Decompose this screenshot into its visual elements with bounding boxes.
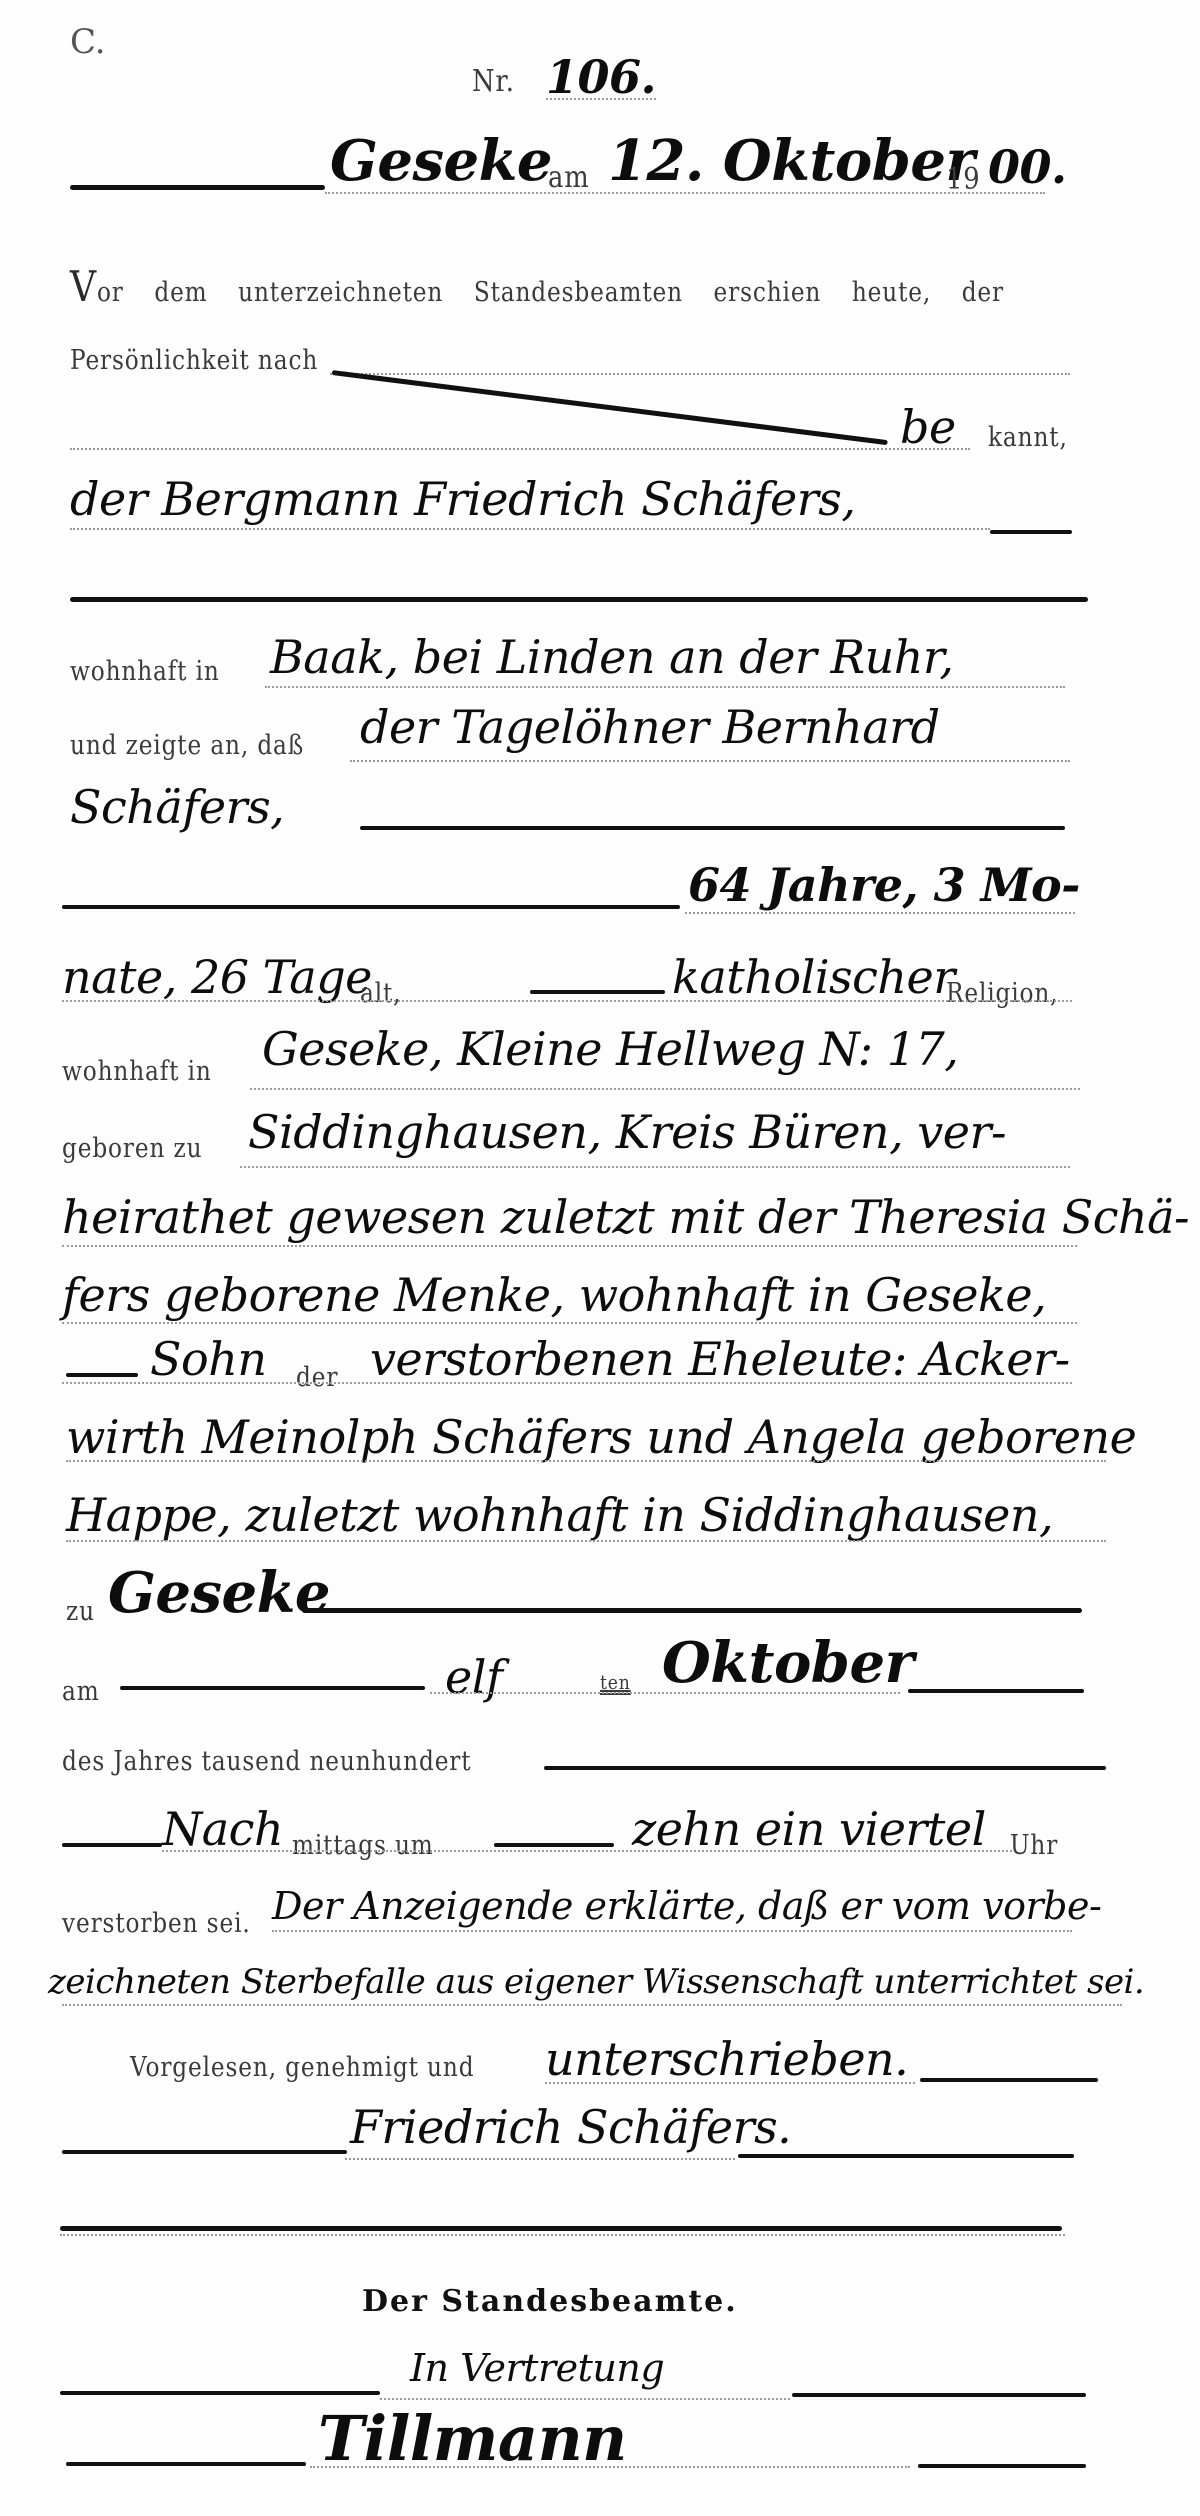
informant-sig-dotline (345, 2158, 735, 2160)
death-year-fill-bar (544, 1766, 1106, 1770)
informant-sig-fill-2 (738, 2154, 1074, 2158)
blank-line-bar (70, 597, 1088, 602)
declaration-2: zeichneten Sterbefalle aus eigener Wisse… (48, 1962, 1144, 2002)
closing-bar (60, 2226, 1062, 2231)
informant-sig-fill-1 (62, 2150, 347, 2154)
death-date-fill-bar-1 (120, 1686, 425, 1690)
age-label: alt, (360, 978, 401, 1009)
strike-line (332, 370, 888, 445)
place-fill-bar (70, 185, 325, 190)
deceased-name-1: der Tagelöhner Bernhard (360, 700, 940, 754)
time-dotline (162, 1850, 1012, 1852)
parents-1: verstorbenen Eheleute: Acker- (370, 1332, 1070, 1386)
declaration-dotline-1 (272, 1930, 1072, 1932)
parents-dotline-3 (66, 1540, 1106, 1542)
death-day: elf (445, 1650, 502, 1704)
date-dotline (325, 192, 1045, 194)
time-fill-bar-1 (62, 1843, 162, 1847)
born-dotline-1 (240, 1166, 1070, 1168)
dropcap-v: V (70, 262, 97, 311)
parents-son: Sohn (150, 1332, 266, 1386)
born-3: fers geborene Menke, wohnhaft in Geseke, (62, 1268, 1046, 1322)
age-2: nate, 26 Tage (62, 950, 372, 1004)
deceased-residence: Geseke, Kleine Hellweg N: 17, (262, 1022, 958, 1076)
residence-dotline (265, 686, 1065, 688)
date-connector: am (548, 160, 590, 195)
death-date-label: am (62, 1676, 100, 1707)
religion: katholischer (672, 950, 955, 1004)
death-place: Geseke (108, 1560, 330, 1626)
time-value: zehn ein viertel (632, 1802, 986, 1856)
register-page: C. Nr. 106. Geseke am 12. Oktober 19 00.… (0, 0, 1200, 2516)
registrar-fill-2 (792, 2393, 1086, 2397)
known-label: kannt, (988, 422, 1068, 453)
informant-fill-bar (990, 530, 1072, 534)
announce-label: und zeigte an, daß (70, 730, 304, 761)
deceased-name-2: Schäfers, (70, 780, 284, 834)
informant-dotline (70, 528, 990, 530)
parents-2: wirth Meinolph Schäfers und Angela gebor… (66, 1410, 1136, 1464)
declaration-dotline-2 (62, 2004, 1122, 2006)
year-suffix: 00. (988, 140, 1067, 194)
parents-dotline-2 (66, 1460, 1106, 1462)
born-label: geboren zu (62, 1133, 202, 1164)
record-number: 106. (546, 50, 656, 104)
registrar-note: In Vertretung (410, 2346, 664, 2390)
religion-label: Religion, (946, 978, 1058, 1009)
registrar-note-dotline (380, 2398, 790, 2400)
parents-dotline-1 (62, 1382, 1072, 1384)
death-month: Oktober (662, 1630, 914, 1696)
age-fill-bar (62, 905, 680, 909)
personality-label: Persönlichkeit nach (70, 345, 318, 376)
informant-name: der Bergmann Friedrich Schäfers, (70, 472, 855, 526)
registration-date: 12. Oktober (608, 128, 975, 194)
deceased-residence-dotline (250, 1088, 1080, 1090)
parents-3: Happe, zuletzt wohnhaft in Siddinghausen… (66, 1488, 1053, 1542)
intro-text-rest: or dem unterzeichneten Standesbeamten er… (97, 277, 1004, 308)
registrar-heading: Der Standesbeamte. (362, 2284, 738, 2319)
parents-der: der (296, 1362, 338, 1393)
death-place-label: zu (66, 1596, 95, 1627)
religion-dotline (62, 1000, 1072, 1002)
registrar-signature: Tillmann (318, 2402, 627, 2475)
informant-signature: Friedrich Schäfers. (350, 2100, 791, 2154)
registration-place: Geseke (330, 128, 552, 194)
declaration-1: Der Anzeigende erklärte, daß er vom vorb… (272, 1884, 1101, 1928)
parents-fill-bar (66, 1373, 138, 1377)
known-dotline (70, 448, 970, 450)
born-dotline-3 (62, 1322, 1077, 1324)
age-1: 64 Jahre, 3 Mo- (688, 858, 1080, 912)
death-date-fill-bar-2 (908, 1689, 1084, 1693)
registrar-sig-fill-2 (918, 2464, 1086, 2468)
died-label: verstorben sei. (62, 1908, 251, 1939)
age-dotline (685, 912, 1075, 914)
born-1: Siddinghausen, Kreis Büren, ver- (248, 1105, 1006, 1159)
death-place-fill-bar (302, 1608, 1082, 1613)
closing-dotline (60, 2234, 1065, 2236)
informant-residence: Baak, bei Linden an der Ruhr, (270, 630, 953, 684)
form-letter: C. (70, 22, 106, 62)
born-2: heirathet gewesen zuletzt mit der Theres… (62, 1190, 1189, 1244)
number-dotline (546, 98, 656, 100)
registrar-fill-1 (60, 2391, 380, 2395)
death-day-suffix: ten (600, 1670, 631, 1694)
deceased-residence-label: wohnhaft in (62, 1056, 212, 1087)
time-half: Nach (162, 1802, 283, 1856)
death-year-label: des Jahres tausend neunhundert (62, 1746, 471, 1777)
death-date-dotline (430, 1692, 900, 1694)
announce-dotline (350, 760, 1070, 762)
deceased-fill-bar (360, 826, 1065, 830)
intro-text: Vor dem unterzeichneten Standesbeamten e… (70, 262, 1004, 311)
personality-dotline (330, 373, 1070, 375)
signed-dotline (545, 2082, 915, 2084)
religion-fill-bar (530, 990, 665, 994)
known-prefix: be (900, 400, 956, 454)
time-uhr: Uhr (1010, 1830, 1058, 1861)
signed-note: unterschrieben. (545, 2032, 908, 2086)
time-fill-bar-2 (494, 1843, 614, 1847)
residence-label: wohnhaft in (70, 656, 220, 687)
number-label: Nr. (472, 64, 515, 99)
read-approved-label: Vorgelesen, genehmigt und (130, 2052, 474, 2083)
time-label: mittags um (292, 1830, 434, 1861)
born-dotline-2 (62, 1245, 1077, 1247)
signed-fill-bar (920, 2078, 1098, 2082)
registrar-sig-fill-1 (66, 2462, 306, 2466)
registrar-sig-dotline (310, 2466, 910, 2468)
